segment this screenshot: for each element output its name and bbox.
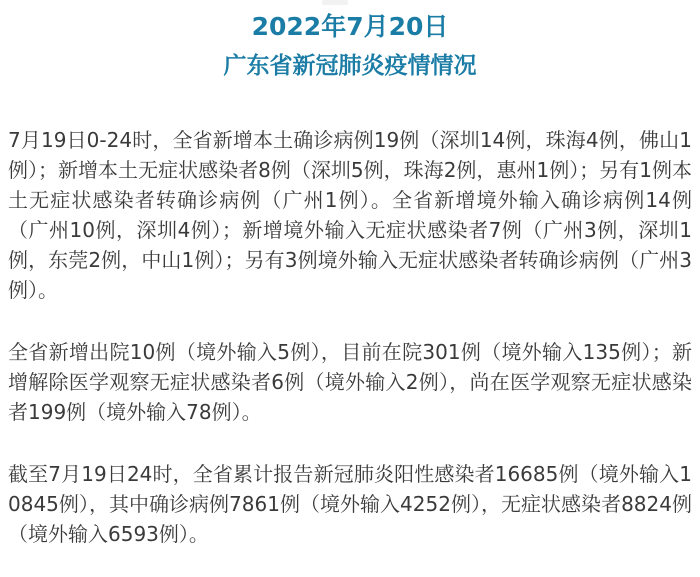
report-document: 2022年7月20日 广东省新冠肺炎疫情情况 7月19日0-24时，全省新增本土… xyxy=(0,0,700,549)
report-date: 2022年7月20日 xyxy=(8,13,692,41)
page-title: 广东省新冠肺炎疫情情况 xyxy=(8,53,692,79)
report-body: 7月19日0-24时，全省新增本土确诊病例19例（深圳14例，珠海4例，佛山1例… xyxy=(8,125,692,549)
paragraph-cumulative-totals: 截至7月19日24时，全省累计报告新冠肺炎阳性感染者16685例（境外输入108… xyxy=(8,459,692,549)
paragraph-daily-new-cases: 7月19日0-24时，全省新增本土确诊病例19例（深圳14例，珠海4例，佛山1例… xyxy=(8,125,692,305)
page-top-artifact xyxy=(322,0,348,5)
paragraph-discharge-status: 全省新增出院10例（境外输入5例），目前在院301例（境外输入135例）；新增解… xyxy=(8,337,692,427)
